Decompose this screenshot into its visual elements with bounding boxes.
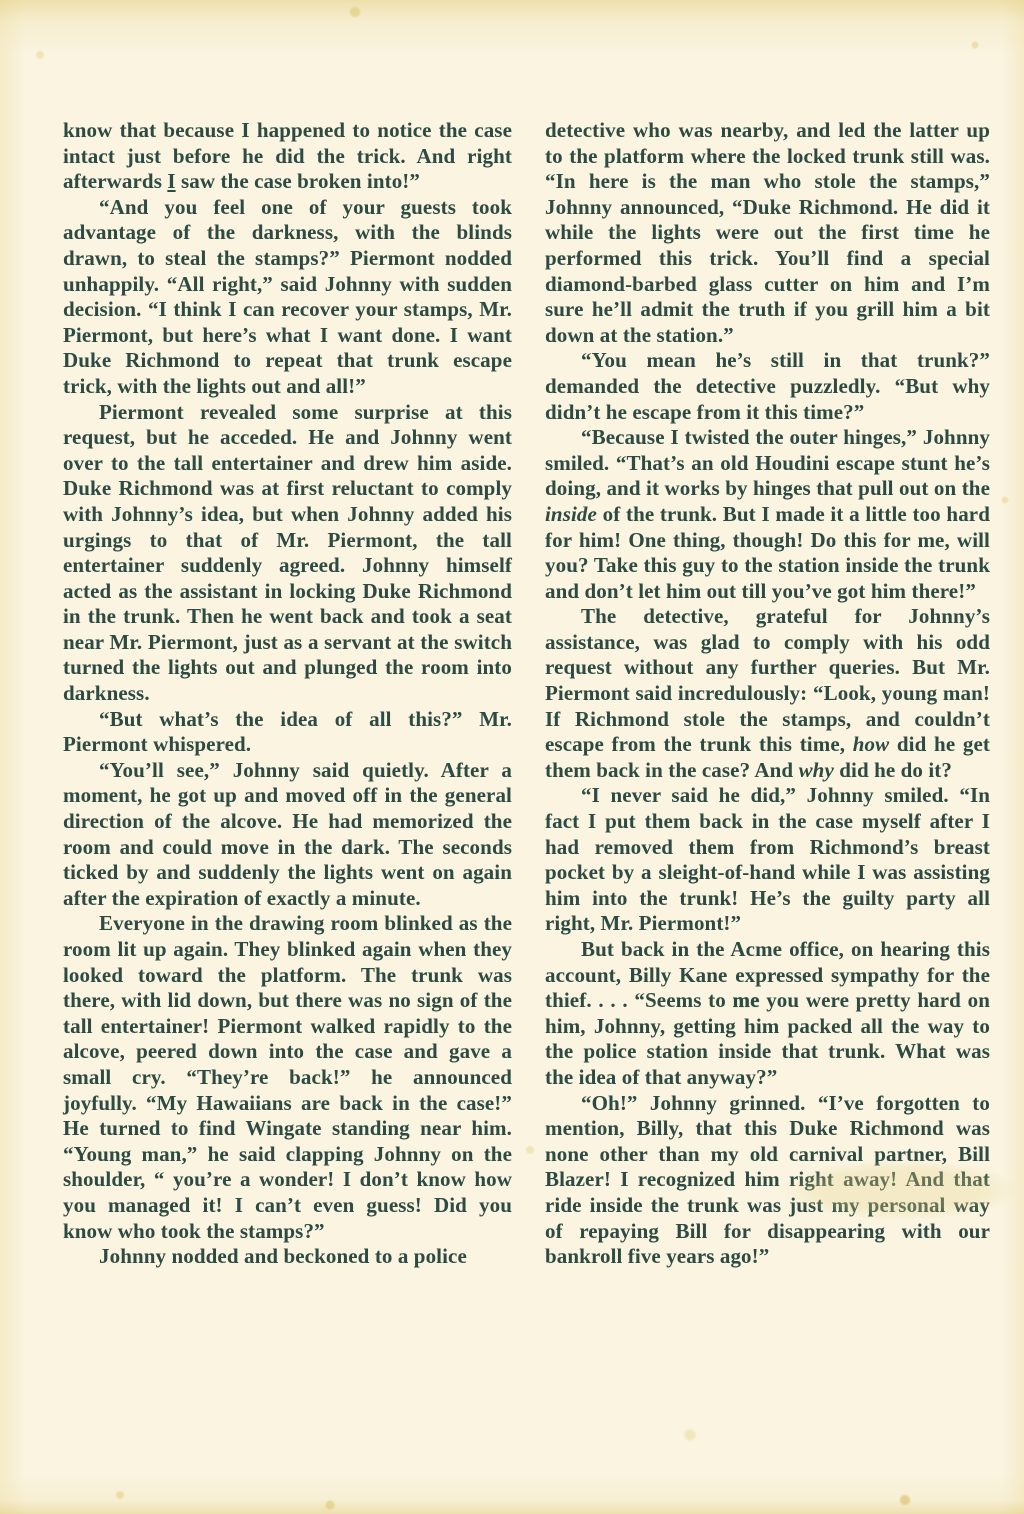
text-run: “You mean he’s still in that trunk?” dem… [545, 348, 990, 423]
column-right: detective who was nearby, and led the la… [545, 118, 990, 1514]
paragraph: “You’ll see,” Johnny said quietly. After… [63, 758, 512, 912]
text-run: “And you feel one of your guests took ad… [63, 195, 512, 398]
text-run: did he do it? [834, 758, 952, 782]
text-run: “Oh!” Johnny grinned. “I’ve forgotten to… [545, 1091, 990, 1269]
text-run: “I never said he did,” Johnny smiled. “I… [545, 783, 990, 935]
text-run: “But what’s the idea of all this?” Mr. P… [63, 707, 512, 757]
paragraph: “And you feel one of your guests took ad… [63, 195, 512, 400]
text-run: “You’ll see,” Johnny said quietly. After… [63, 758, 512, 910]
text-run: detective who was nearby, and led the la… [545, 118, 990, 347]
paragraph: “But what’s the idea of all this?” Mr. P… [63, 707, 512, 758]
paragraph: “I never said he did,” Johnny smiled. “I… [545, 783, 990, 937]
paragraph: know that because I happened to notice t… [63, 118, 512, 195]
paragraph: Johnny nodded and beckoned to a police [63, 1244, 512, 1270]
text-run: Everyone in the drawing room blinked as … [63, 911, 512, 1242]
paragraph: “Oh!” Johnny grinned. “I’ve forgotten to… [545, 1091, 990, 1270]
text-run: I [167, 169, 175, 193]
column-left: know that because I happened to notice t… [63, 118, 512, 1514]
text-run: inside [545, 502, 597, 526]
text-run: me [733, 988, 760, 1012]
text-run: why [799, 758, 834, 782]
paragraph: detective who was nearby, and led the la… [545, 118, 990, 348]
text-run: Johnny nodded and beckoned to a police [99, 1244, 467, 1268]
text-run: Piermont revealed some surprise at this … [63, 400, 512, 706]
text-run: how [853, 732, 890, 756]
paragraph: “Because I twisted the outer hinges,” Jo… [545, 425, 990, 604]
text-run: “Because I twisted the outer hinges,” Jo… [545, 425, 990, 500]
paragraph: The detective, grateful for Johnny’s ass… [545, 604, 990, 783]
page: know that because I happened to notice t… [0, 0, 1024, 1514]
paragraph: Piermont revealed some surprise at this … [63, 400, 512, 707]
text-run: of the trunk. But I made it a little too… [545, 502, 990, 603]
paragraph: “You mean he’s still in that trunk?” dem… [545, 348, 990, 425]
paragraph: But back in the Acme office, on hearing … [545, 937, 990, 1091]
text-run: saw the case broken into!” [176, 169, 420, 193]
paragraph: Everyone in the drawing room blinked as … [63, 911, 512, 1244]
